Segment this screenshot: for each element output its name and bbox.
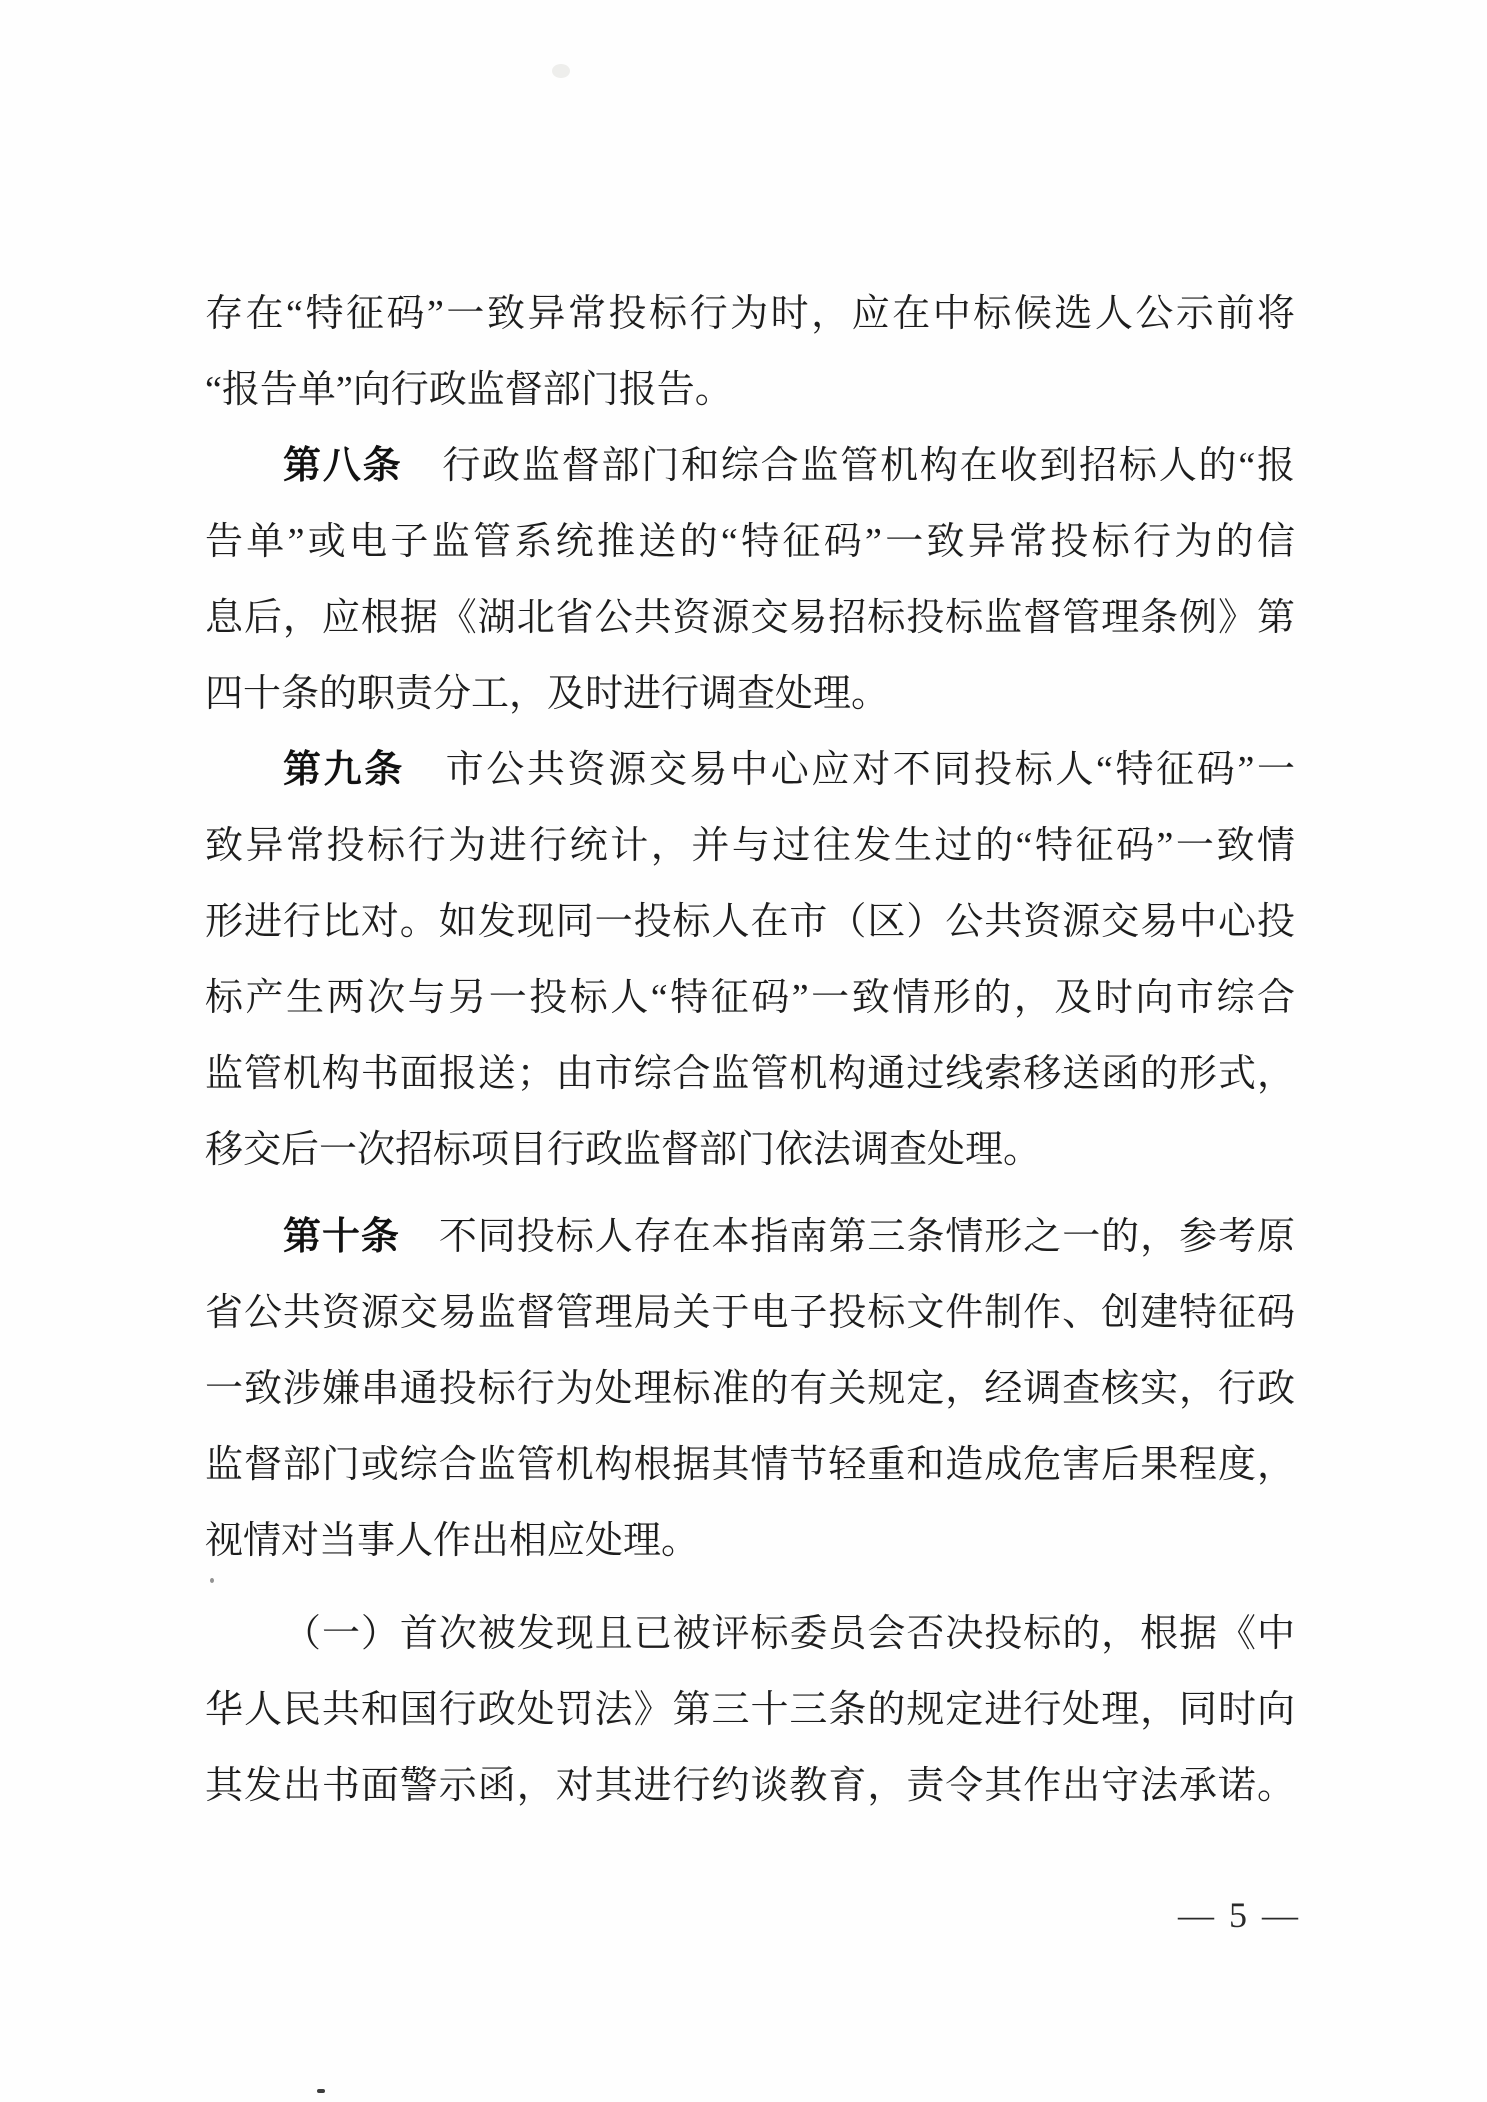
paragraph: 第八条 行政监督部门和综合监管机构在收到招标人的“报告单”或电子监管系统推送的“… bbox=[205, 428, 1295, 732]
text-line: 标产生两次与另一投标人“特征码”一致情形的，及时向市综合 bbox=[205, 960, 1295, 1036]
paragraph: 第九条 市公共资源交易中心应对不同投标人“特征码”一致异常投标行为进行统计，并与… bbox=[205, 732, 1295, 1188]
article-number: 第十条 bbox=[283, 1216, 400, 1258]
scan-speck bbox=[317, 2089, 325, 2093]
article-number: 第八条 bbox=[283, 445, 402, 487]
text-line: 第十条 不同投标人存在本指南第三条情形之一的，参考原 bbox=[205, 1199, 1295, 1275]
text-line: 存在“特征码”一致异常投标行为时，应在中标候选人公示前将 bbox=[205, 276, 1295, 352]
text-line: 致异常投标行为进行统计，并与过往发生过的“特征码”一致情 bbox=[205, 808, 1295, 884]
text-line: 省公共资源交易监督管理局关于电子投标文件制作、创建特征码 bbox=[205, 1275, 1295, 1351]
page-number: — 5 — bbox=[1178, 1894, 1301, 1936]
text-line: 视情对当事人作出相应处理。 bbox=[205, 1503, 1295, 1579]
text-line: （一）首次被发现且已被评标委员会否决投标的，根据《中 bbox=[205, 1596, 1295, 1672]
document-page: 存在“特征码”一致异常投标行为时，应在中标候选人公示前将“报告单”向行政监督部门… bbox=[0, 0, 1487, 2102]
document-body-text: 存在“特征码”一致异常投标行为时，应在中标候选人公示前将“报告单”向行政监督部门… bbox=[205, 276, 1295, 1824]
text-line: 一致涉嫌串通投标行为处理标准的有关规定，经调查核实，行政 bbox=[205, 1351, 1295, 1427]
text-line: 华人民共和国行政处罚法》第三十三条的规定进行处理，同时向 bbox=[205, 1672, 1295, 1748]
paragraph: （一）首次被发现且已被评标委员会否决投标的，根据《中华人民共和国行政处罚法》第三… bbox=[205, 1596, 1295, 1824]
text-line: 四十条的职责分工，及时进行调查处理。 bbox=[205, 656, 1295, 732]
paragraph: 存在“特征码”一致异常投标行为时，应在中标候选人公示前将“报告单”向行政监督部门… bbox=[205, 276, 1295, 428]
text-line: 告单”或电子监管系统推送的“特征码”一致异常投标行为的信 bbox=[205, 504, 1295, 580]
scan-speck bbox=[210, 1578, 214, 1583]
text-line: 形进行比对。如发现同一投标人在市（区）公共资源交易中心投 bbox=[205, 884, 1295, 960]
text-line: 监督部门或综合监管机构根据其情节轻重和造成危害后果程度， bbox=[205, 1427, 1295, 1503]
text-line: 监管机构书面报送；由市综合监管机构通过线索移送函的形式， bbox=[205, 1036, 1295, 1112]
text-line: “报告单”向行政监督部门报告。 bbox=[205, 352, 1295, 428]
text-line: 第九条 市公共资源交易中心应对不同投标人“特征码”一 bbox=[205, 732, 1295, 808]
text-line: 其发出书面警示函，对其进行约谈教育，责令其作出守法承诺。 bbox=[205, 1748, 1295, 1824]
text-line: 第八条 行政监督部门和综合监管机构在收到招标人的“报 bbox=[205, 428, 1295, 504]
text-line: 移交后一次招标项目行政监督部门依法调查处理。 bbox=[205, 1112, 1295, 1188]
text-line: 息后，应根据《湖北省公共资源交易招标投标监督管理条例》第 bbox=[205, 580, 1295, 656]
paragraph: 第十条 不同投标人存在本指南第三条情形之一的，参考原省公共资源交易监督管理局关于… bbox=[205, 1199, 1295, 1579]
article-number: 第九条 bbox=[283, 749, 405, 791]
scan-smudge bbox=[552, 64, 570, 78]
